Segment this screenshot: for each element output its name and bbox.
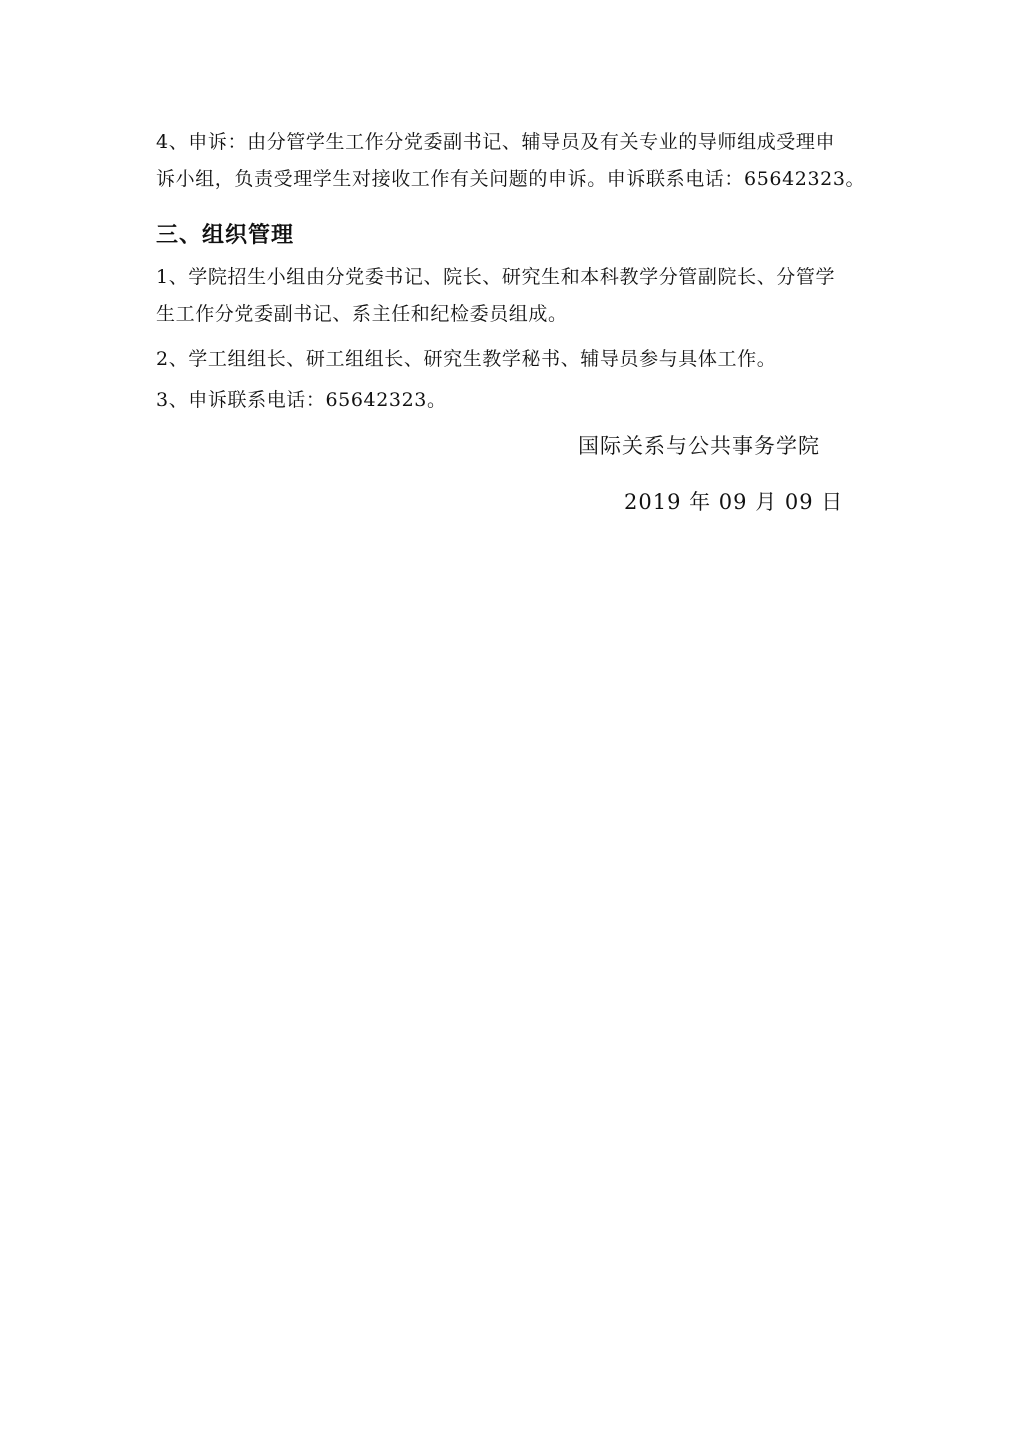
- section-heading-organization: 三、组织管理: [156, 218, 294, 249]
- document-page: 4、申诉：由分管学生工作分党委副书记、辅导员及有关专业的导师组成受理申 诉小组，…: [0, 0, 1024, 1448]
- org-item-2: 2、学工组组长、研工组组长、研究生教学秘书、辅导员参与具体工作。: [156, 341, 876, 378]
- appeal-paragraph: 4、申诉：由分管学生工作分党委副书记、辅导员及有关专业的导师组成受理申 诉小组，…: [156, 124, 876, 198]
- org-item-1-line-2: 生工作分党委副书记、系主任和纪检委员组成。: [156, 296, 876, 333]
- signature-organization: 国际关系与公共事务学院: [578, 430, 820, 460]
- org-item-1: 1、学院招生小组由分党委书记、院长、研究生和本科教学分管副院长、分管学 生工作分…: [156, 259, 876, 333]
- signature-date: 2019 年 09 月 09 日: [624, 486, 843, 516]
- appeal-line-1: 4、申诉：由分管学生工作分党委副书记、辅导员及有关专业的导师组成受理申: [156, 124, 876, 161]
- org-item-1-line-1: 1、学院招生小组由分党委书记、院长、研究生和本科教学分管副院长、分管学: [156, 259, 876, 296]
- org-item-3: 3、申诉联系电话：65642323。: [156, 382, 876, 419]
- appeal-line-2: 诉小组，负责受理学生对接收工作有关问题的申诉。申诉联系电话：65642323。: [156, 161, 876, 198]
